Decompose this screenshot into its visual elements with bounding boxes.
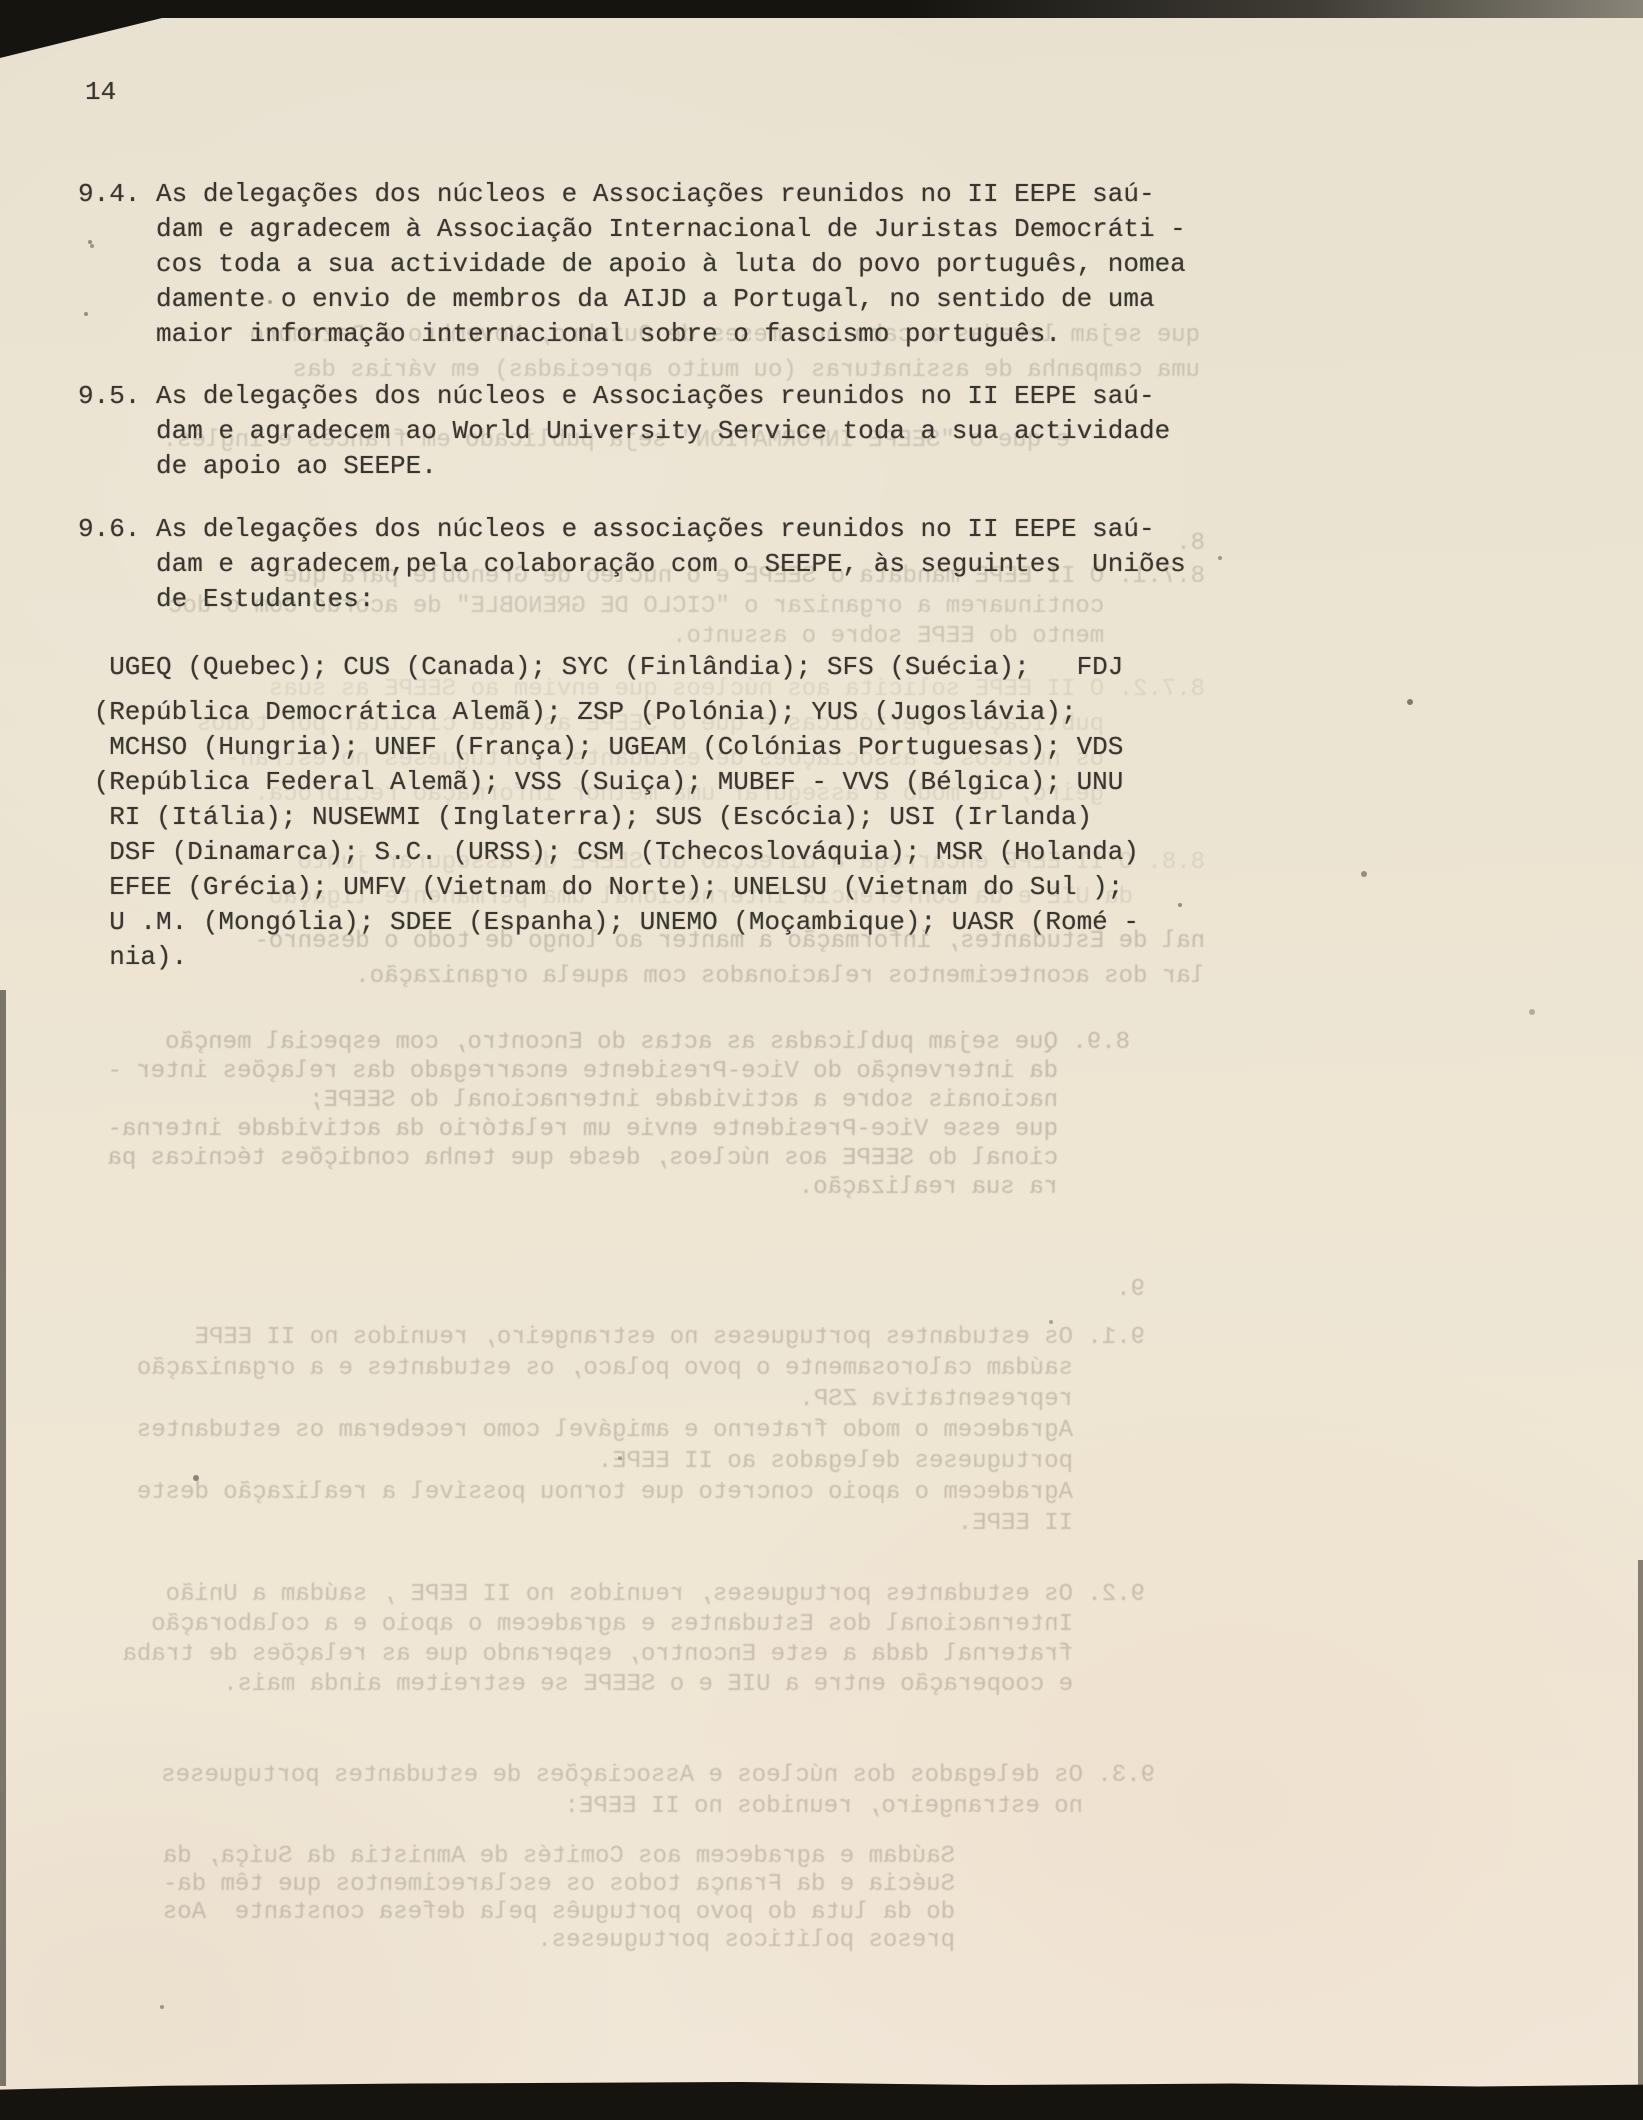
paragraph-9-5: 9.5. As delegações dos núcleos e Associa…	[78, 379, 1170, 484]
bleed-block-8-9: 8.9. Que sejam publicadas as actas do En…	[80, 1028, 1130, 1202]
paragraph-9-6: 9.6. As delegações dos núcleos e associa…	[78, 512, 1186, 617]
unions-list: (República Democrática Alemã); ZSP (Poló…	[78, 695, 1139, 975]
scan-edge-top-left-wedge	[0, 0, 235, 58]
unions-list-first-line: UGEQ (Quebec); CUS (Canada); SYC (Finlân…	[78, 650, 1123, 685]
scan-edge-right	[1638, 1560, 1643, 2086]
scan-edge-left	[0, 990, 6, 2086]
scan-edge-bottom	[0, 2082, 1643, 2120]
bleed-block-9-3: 9.3. Os delegados dos núcleos e Associaç…	[80, 1760, 1155, 1822]
paragraph-9-4: 9.4. As delegações dos núcleos e Associa…	[78, 177, 1186, 352]
bleed-block-9-2: 9.2. Os estudantes portugueses, reunidos…	[80, 1580, 1145, 1700]
bleed-block-9-marker: 9.	[80, 1274, 1145, 1305]
bleed-block-9-1: 9.1. Os estudantes portugueses no estran…	[80, 1322, 1145, 1539]
bleed-block-amnesty: Saúdam e agradecem aos Comités de Amnist…	[100, 1843, 955, 1955]
scan-edge-top	[0, 0, 1643, 18]
page-number: 14	[85, 75, 116, 110]
scanned-page: que sejam levadas a cabo nos meses de Ou…	[0, 0, 1643, 2120]
